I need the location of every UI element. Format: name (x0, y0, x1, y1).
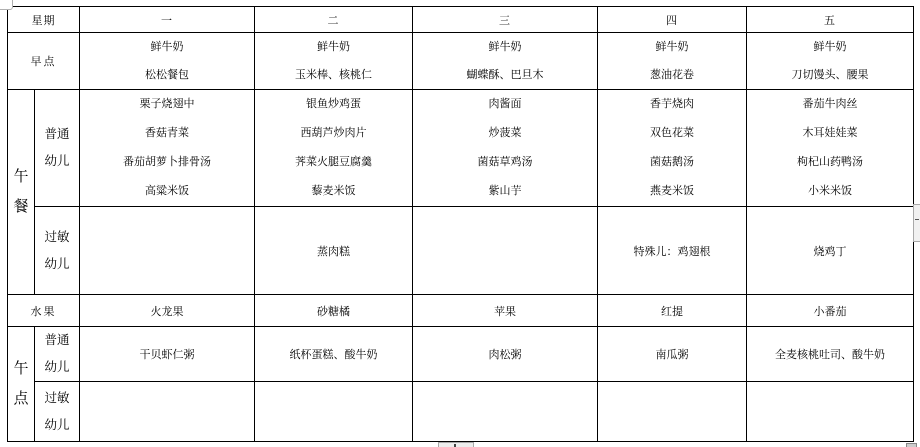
lunch-allergy-fri-cell: 烧鸡丁 (747, 207, 914, 295)
weekly-menu-table: 星期 一 二 三 四 五 早点 鲜牛奶 松松餐包 鲜牛奶 玉米棒、核桃仁 鲜牛奶… (7, 6, 914, 442)
snack-label-cell: 午点 (8, 327, 35, 442)
scrollbar-thumb-mark (915, 219, 919, 220)
fruit-label: 水果 (8, 295, 80, 327)
horizontal-scrollbar-fragment[interactable] (438, 442, 474, 447)
snack-normal-fri-cell: 全麦核桃吐司、酸牛奶 (747, 327, 914, 382)
snack-allergy-wed-cell (413, 382, 598, 442)
fruit-tue-cell: 砂糖橘 (255, 295, 413, 327)
snack-normal-wed-cell: 肉松粥 (413, 327, 598, 382)
snack-normal-row: 午点 普通幼儿 干贝虾仁粥 纸杯蛋糕、酸牛奶 肉松粥 南瓜粥 全麦核桃吐司、酸牛… (8, 327, 914, 382)
lunch-label: 午餐 (13, 162, 30, 222)
lunch-allergy-tue-cell: 蒸肉糕 (255, 207, 413, 295)
fruit-fri-cell: 小番茄 (747, 295, 914, 327)
snack-allergy-row: 过敏幼儿 (8, 382, 914, 442)
snack-allergy-label-cell: 过敏幼儿 (35, 382, 80, 442)
snack-normal-label: 普通幼儿 (43, 327, 71, 381)
lunch-allergy-wed-cell (413, 207, 598, 295)
day-header-thu: 四 (598, 7, 747, 33)
snack-normal-thu-cell: 南瓜粥 (598, 327, 747, 382)
lunch-normal-row: 午餐 普通幼儿 栗子烧翅中 香菇青菜 番茄胡萝卜排骨汤 高粱米饭 银鱼炒鸡蛋 西… (8, 90, 914, 207)
scroll-corner-fragment (906, 443, 917, 447)
day-header-tue: 二 (255, 7, 413, 33)
snack-allergy-thu-cell (598, 382, 747, 442)
lunch-normal-wed-cell: 肉酱面 炒菠菜 菌菇草鸡汤 紫山芋 (413, 90, 598, 207)
day-header-mon: 一 (80, 7, 255, 33)
weekly-menu-page: 星期 一 二 三 四 五 早点 鲜牛奶 松松餐包 鲜牛奶 玉米棒、核桃仁 鲜牛奶… (0, 0, 920, 447)
lunch-allergy-thu-cell: 特殊儿：鸡翅根 (598, 207, 747, 295)
lunch-normal-mon-cell: 栗子烧翅中 香菇青菜 番茄胡萝卜排骨汤 高粱米饭 (80, 90, 255, 207)
fruit-row: 水果 火龙果 砂糖橘 苹果 红提 小番茄 (8, 295, 914, 327)
lunch-normal-label-cell: 普通幼儿 (35, 90, 80, 207)
lunch-label-cell: 午餐 (8, 90, 35, 295)
breakfast-fri-cell: 鲜牛奶 刀切馒头、腰果 (747, 33, 914, 90)
lunch-normal-thu-cell: 香芋烧肉 双色花菜 菌菇鹅汤 燕麦米饭 (598, 90, 747, 207)
table-select-handle[interactable] (0, 0, 13, 10)
lunch-normal-fri-cell: 番茄牛肉丝 木耳娃娃菜 枸杞山药鸭汤 小米米饭 (747, 90, 914, 207)
snack-allergy-mon-cell (80, 382, 255, 442)
lunch-allergy-row: 过敏幼儿 蒸肉糕 特殊儿：鸡翅根 烧鸡丁 (8, 207, 914, 295)
snack-allergy-fri-cell (747, 382, 914, 442)
day-header-wed: 三 (413, 7, 598, 33)
header-row: 星期 一 二 三 四 五 (8, 7, 914, 33)
vertical-scrollbar-fragment[interactable] (913, 204, 920, 242)
corner-header-cell: 星期 (8, 7, 80, 33)
day-header-fri: 五 (747, 7, 914, 33)
breakfast-mon-cell: 鲜牛奶 松松餐包 (80, 33, 255, 90)
snack-normal-tue-cell: 纸杯蛋糕、酸牛奶 (255, 327, 413, 382)
breakfast-tue-cell: 鲜牛奶 玉米棒、核桃仁 (255, 33, 413, 90)
fruit-wed-cell: 苹果 (413, 295, 598, 327)
snack-allergy-label: 过敏幼儿 (43, 385, 71, 439)
lunch-normal-label: 普通幼儿 (43, 121, 71, 175)
snack-normal-label-cell: 普通幼儿 (35, 327, 80, 382)
breakfast-thu-cell: 鲜牛奶 葱油花卷 (598, 33, 747, 90)
lunch-allergy-mon-cell (80, 207, 255, 295)
lunch-allergy-label-cell: 过敏幼儿 (35, 207, 80, 295)
breakfast-wed-cell: 鲜牛奶 蝴蝶酥、巴旦木 (413, 33, 598, 90)
snack-normal-mon-cell: 干贝虾仁粥 (80, 327, 255, 382)
fruit-mon-cell: 火龙果 (80, 295, 255, 327)
breakfast-label: 早点 (8, 33, 80, 90)
snack-allergy-tue-cell (255, 382, 413, 442)
breakfast-row: 早点 鲜牛奶 松松餐包 鲜牛奶 玉米棒、核桃仁 鲜牛奶 蝴蝶酥、巴旦木 鲜牛奶 … (8, 33, 914, 90)
fruit-thu-cell: 红提 (598, 295, 747, 327)
lunch-allergy-label: 过敏幼儿 (43, 224, 71, 278)
snack-label: 午点 (13, 354, 30, 414)
lunch-normal-tue-cell: 银鱼炒鸡蛋 西葫芦炒肉片 荠菜火腿豆腐羹 藜麦米饭 (255, 90, 413, 207)
